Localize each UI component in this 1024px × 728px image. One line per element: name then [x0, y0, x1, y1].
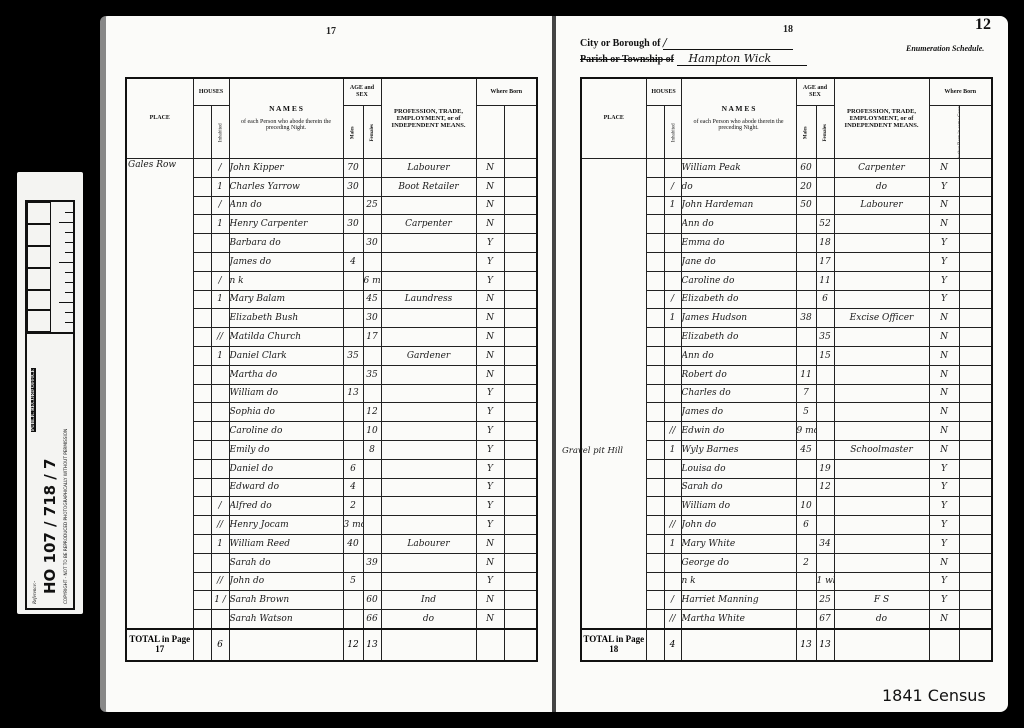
- uninhabited-cell: [193, 610, 211, 629]
- uninhabited-cell: [193, 459, 211, 478]
- name-cell: John Kipper: [229, 159, 343, 178]
- place-cell: [126, 591, 193, 610]
- inhabited-cell: /: [664, 591, 681, 610]
- place-cell: [126, 328, 193, 347]
- inhabited-cell: //: [664, 610, 681, 629]
- inhabited-cell: /: [211, 497, 229, 516]
- females-age-cell: 30: [363, 234, 381, 253]
- females-age-cell: 12: [816, 478, 834, 497]
- profession-cell: Labourer: [834, 196, 929, 215]
- born-abroad-cell: [504, 478, 537, 497]
- females-age-cell: 17: [363, 328, 381, 347]
- census-row: 1James Hudson38Excise OfficerN: [581, 309, 992, 328]
- place-cell: [126, 309, 193, 328]
- born-abroad-cell: [959, 309, 992, 328]
- place-cell: [126, 497, 193, 516]
- females-age-cell: 35: [363, 365, 381, 384]
- place-cell: [126, 422, 193, 441]
- name-cell: Martha do: [229, 365, 343, 384]
- males-age-cell: [343, 591, 363, 610]
- females-age-cell: 8: [363, 440, 381, 459]
- col-age-sex: AGE and SEX: [796, 78, 834, 106]
- born-county-cell: N: [929, 159, 959, 178]
- name-cell: Caroline do: [229, 422, 343, 441]
- census-row: n k1 wkY: [581, 572, 992, 591]
- total-inhabited: 6: [211, 629, 229, 661]
- uninhabited-cell: [646, 159, 664, 178]
- born-county-cell: N: [476, 215, 504, 234]
- born-abroad-cell: [504, 309, 537, 328]
- born-abroad-cell: [504, 271, 537, 290]
- profession-cell: [381, 328, 476, 347]
- name-cell: Elizabeth do: [681, 328, 796, 347]
- uninhabited-cell: [193, 478, 211, 497]
- census-row: Jane do17Y: [581, 252, 992, 271]
- uninhabited-cell: [193, 346, 211, 365]
- census-row: 1Mary White34Y: [581, 534, 992, 553]
- total-label: TOTAL in Page 18: [581, 629, 646, 661]
- females-age-cell: 19: [816, 459, 834, 478]
- place-cell: [581, 403, 646, 422]
- females-age-cell: 11: [816, 271, 834, 290]
- born-abroad-cell: [959, 403, 992, 422]
- col-profession: PROFESSION, TRADE, EMPLOYMENT, or of IND…: [381, 78, 476, 159]
- total-males: 12: [343, 629, 363, 661]
- census-row: Caroline do11Y: [581, 271, 992, 290]
- males-age-cell: 3 mo: [343, 516, 363, 535]
- born-county-cell: N: [476, 290, 504, 309]
- census-row: Robert do11N: [581, 365, 992, 384]
- census-row: //Henry Jocam3 moY: [126, 516, 537, 535]
- col-houses: HOUSES: [193, 78, 229, 106]
- females-age-cell: 1 wk: [816, 572, 834, 591]
- name-cell: William do: [229, 384, 343, 403]
- name-cell: William Peak: [681, 159, 796, 178]
- uninhabited-cell: [193, 365, 211, 384]
- born-county-cell: N: [929, 384, 959, 403]
- inhabited-cell: /: [211, 159, 229, 178]
- census-row: Elizabeth do35N: [581, 328, 992, 347]
- census-row: Sarah do12Y: [581, 478, 992, 497]
- inhabited-cell: [211, 365, 229, 384]
- males-age-cell: [343, 365, 363, 384]
- females-age-cell: [363, 252, 381, 271]
- females-age-cell: 67: [816, 610, 834, 629]
- females-age-cell: [363, 159, 381, 178]
- name-cell: n k: [229, 271, 343, 290]
- census-row: 1Mary Balam45LaundressN: [126, 290, 537, 309]
- names-title: N A M E S: [682, 105, 796, 113]
- males-age-cell: 10: [796, 497, 816, 516]
- born-abroad-cell: [959, 610, 992, 629]
- name-cell: Ann do: [229, 196, 343, 215]
- census-row: 1Daniel Clark35GardenerN: [126, 346, 537, 365]
- census-row: /Elizabeth do6Y: [581, 290, 992, 309]
- profession-cell: F S: [834, 591, 929, 610]
- profession-cell: [834, 553, 929, 572]
- females-age-cell: [816, 516, 834, 535]
- males-age-cell: 50: [796, 196, 816, 215]
- col-inhabited: Inhabited: [211, 106, 229, 159]
- place-cell: [126, 459, 193, 478]
- profession-cell: Ind: [381, 591, 476, 610]
- place-cell: [126, 553, 193, 572]
- uninhabited-cell: [193, 553, 211, 572]
- females-age-cell: [816, 365, 834, 384]
- inhabited-cell: //: [664, 516, 681, 535]
- males-age-cell: [796, 534, 816, 553]
- col-place: PLACE: [581, 78, 646, 159]
- col-houses: HOUSES: [646, 78, 681, 106]
- born-abroad-cell: [504, 440, 537, 459]
- males-age-cell: 30: [343, 177, 363, 196]
- profession-cell: [381, 271, 476, 290]
- males-age-cell: 35: [343, 346, 363, 365]
- name-cell: Sarah Brown: [229, 591, 343, 610]
- born-county-cell: N: [929, 422, 959, 441]
- office-name: PUBLIC RECORD OFFICE: [31, 368, 36, 432]
- col-males: Males: [343, 106, 363, 159]
- males-age-cell: 30: [343, 215, 363, 234]
- uninhabited-cell: [193, 271, 211, 290]
- inhabited-cell: [211, 403, 229, 422]
- born-county-cell: Y: [476, 459, 504, 478]
- inhabited-cell: [211, 440, 229, 459]
- name-cell: n k: [681, 572, 796, 591]
- females-age-cell: [363, 572, 381, 591]
- males-age-cell: [796, 215, 816, 234]
- inhabited-cell: [664, 328, 681, 347]
- born-abroad-cell: [504, 610, 537, 629]
- females-age-cell: [363, 346, 381, 365]
- name-cell: Edward do: [229, 478, 343, 497]
- census-row: William do10Y: [581, 497, 992, 516]
- born-county-cell: Y: [476, 572, 504, 591]
- place-cell: [581, 365, 646, 384]
- males-age-cell: 38: [796, 309, 816, 328]
- book-spine: [552, 16, 556, 712]
- uninhabited-cell: [193, 252, 211, 271]
- born-abroad-cell: [959, 346, 992, 365]
- born-county-cell: Y: [929, 572, 959, 591]
- profession-cell: [834, 384, 929, 403]
- uninhabited-cell: [193, 440, 211, 459]
- males-age-cell: [343, 234, 363, 253]
- profession-cell: do: [834, 610, 929, 629]
- born-abroad-cell: [504, 459, 537, 478]
- born-county-cell: Y: [476, 403, 504, 422]
- names-title: N A M E S: [230, 105, 343, 113]
- uninhabited-cell: [646, 478, 664, 497]
- born-county-cell: Y: [476, 478, 504, 497]
- col-where-born: Where Born: [929, 78, 992, 106]
- uninhabited-cell: [193, 234, 211, 253]
- place-cell: [126, 440, 193, 459]
- name-cell: Barbara do: [229, 234, 343, 253]
- males-age-cell: [343, 290, 363, 309]
- profession-cell: Carpenter: [834, 159, 929, 178]
- place-cell: [126, 252, 193, 271]
- uninhabited-cell: [193, 497, 211, 516]
- born-county-cell: Y: [929, 290, 959, 309]
- name-cell: Caroline do: [681, 271, 796, 290]
- females-age-cell: [816, 553, 834, 572]
- males-age-cell: 4: [343, 252, 363, 271]
- uninhabited-cell: [646, 234, 664, 253]
- uninhabited-cell: [646, 459, 664, 478]
- males-age-cell: 5: [343, 572, 363, 591]
- born-abroad-cell: [959, 271, 992, 290]
- census-row: /Harriet Manning25F SY: [581, 591, 992, 610]
- born-county-cell: Y: [476, 234, 504, 253]
- males-age-cell: [796, 459, 816, 478]
- name-cell: Henry Carpenter: [229, 215, 343, 234]
- born-abroad-cell: [504, 591, 537, 610]
- place-cell: [581, 346, 646, 365]
- males-age-cell: [343, 422, 363, 441]
- place-cell: [581, 328, 646, 347]
- census-row: Martha do35N: [126, 365, 537, 384]
- place-cell: [581, 497, 646, 516]
- born-county-cell: Y: [476, 422, 504, 441]
- inhabited-cell: 1: [211, 215, 229, 234]
- inhabited-cell: [211, 610, 229, 629]
- males-age-cell: [343, 403, 363, 422]
- place-cell: [126, 196, 193, 215]
- name-cell: Sarah do: [681, 478, 796, 497]
- inhabited-cell: 1: [664, 309, 681, 328]
- copyright-notice: COPYRIGHT - NOT TO BE REPRODUCED PHOTOGR…: [63, 429, 68, 604]
- left-census-table: PLACE HOUSES N A M E S of each Person wh…: [125, 77, 538, 662]
- col-females: Females: [363, 106, 381, 159]
- inhabited-cell: [211, 459, 229, 478]
- males-age-cell: [796, 591, 816, 610]
- col-born-abroad: Whether Born in Scotland, Ireland, or Fo…: [504, 106, 537, 159]
- place-cell: [581, 384, 646, 403]
- females-age-cell: [816, 497, 834, 516]
- reference-code: HO 107 / 718 / 7: [41, 459, 59, 594]
- inhabited-cell: //: [211, 572, 229, 591]
- males-age-cell: [343, 271, 363, 290]
- males-age-cell: [796, 478, 816, 497]
- uninhabited-cell: [193, 196, 211, 215]
- place-cell: [581, 553, 646, 572]
- uninhabited-cell: [646, 196, 664, 215]
- profession-cell: [381, 459, 476, 478]
- uninhabited-cell: [646, 365, 664, 384]
- born-county-cell: Y: [929, 271, 959, 290]
- inhabited-cell: [211, 234, 229, 253]
- uninhabited-cell: [646, 346, 664, 365]
- profession-cell: [381, 516, 476, 535]
- census-row: 1William Reed40LabourerN: [126, 534, 537, 553]
- born-county-cell: Y: [929, 591, 959, 610]
- inhabited-cell: [211, 309, 229, 328]
- name-cell: John do: [681, 516, 796, 535]
- born-abroad-cell: [504, 252, 537, 271]
- born-county-cell: N: [929, 610, 959, 629]
- profession-cell: [834, 215, 929, 234]
- name-cell: John Hardeman: [681, 196, 796, 215]
- males-age-cell: [796, 271, 816, 290]
- place-cell: [581, 572, 646, 591]
- census-row: 1Wyly Barnes45SchoolmasterN: [581, 440, 992, 459]
- name-cell: Sarah do: [229, 553, 343, 572]
- females-age-cell: [363, 177, 381, 196]
- males-age-cell: [796, 234, 816, 253]
- males-age-cell: 11: [796, 365, 816, 384]
- uninhabited-cell: [193, 328, 211, 347]
- born-abroad-cell: [959, 591, 992, 610]
- census-row: Caroline do10Y: [126, 422, 537, 441]
- profession-cell: [381, 252, 476, 271]
- place-cell: [126, 572, 193, 591]
- inhabited-cell: [664, 459, 681, 478]
- born-county-cell: N: [476, 591, 504, 610]
- place-cell: [581, 215, 646, 234]
- profession-cell: do: [834, 177, 929, 196]
- census-row: Edward do4Y: [126, 478, 537, 497]
- uninhabited-cell: [193, 591, 211, 610]
- profession-cell: [834, 497, 929, 516]
- females-age-cell: 17: [816, 252, 834, 271]
- parish-label: Parish or Township of: [580, 54, 674, 65]
- census-row: William do13Y: [126, 384, 537, 403]
- col-females: Females: [816, 106, 834, 159]
- inhabited-cell: 1 /: [211, 591, 229, 610]
- name-cell: Sophia do: [229, 403, 343, 422]
- name-cell: Martha White: [681, 610, 796, 629]
- born-abroad-cell: [959, 572, 992, 591]
- males-age-cell: 2: [343, 497, 363, 516]
- born-abroad-cell: [504, 215, 537, 234]
- profession-cell: [834, 403, 929, 422]
- profession-cell: Laundress: [381, 290, 476, 309]
- females-age-cell: [363, 534, 381, 553]
- census-row: //Edwin do9 moN: [581, 422, 992, 441]
- uninhabited-cell: [646, 516, 664, 535]
- place-cell: [581, 234, 646, 253]
- inhabited-cell: /: [664, 177, 681, 196]
- name-cell: Sarah Watson: [229, 610, 343, 629]
- females-age-cell: 6: [816, 290, 834, 309]
- census-row: /Ann do25N: [126, 196, 537, 215]
- born-county-cell: Y: [929, 478, 959, 497]
- census-row: 1Henry Carpenter30CarpenterN: [126, 215, 537, 234]
- born-abroad-cell: [504, 516, 537, 535]
- females-age-cell: [363, 497, 381, 516]
- born-county-cell: Y: [929, 459, 959, 478]
- born-county-cell: N: [476, 309, 504, 328]
- born-abroad-cell: [959, 516, 992, 535]
- born-county-cell: Y: [929, 234, 959, 253]
- uninhabited-cell: [646, 572, 664, 591]
- profession-cell: [381, 384, 476, 403]
- born-county-cell: Y: [476, 440, 504, 459]
- inhabited-cell: [664, 384, 681, 403]
- profession-cell: [381, 196, 476, 215]
- profession-cell: [381, 572, 476, 591]
- born-county-cell: Y: [476, 516, 504, 535]
- place-cell: [581, 196, 646, 215]
- profession-cell: [834, 534, 929, 553]
- name-cell: Emily do: [229, 440, 343, 459]
- born-abroad-cell: [959, 159, 992, 178]
- inhabited-cell: [664, 572, 681, 591]
- females-age-cell: 39: [363, 553, 381, 572]
- census-row: //John do5Y: [126, 572, 537, 591]
- place-cell: [581, 459, 646, 478]
- inhabited-cell: [664, 252, 681, 271]
- born-abroad-cell: [959, 534, 992, 553]
- place-entry: Gravel pit Hill: [562, 446, 623, 456]
- profession-cell: Labourer: [381, 159, 476, 178]
- names-subtitle: of each Person who abode therein the pre…: [682, 119, 796, 132]
- col-uninhabited: Uninhabited or Building: [646, 106, 664, 159]
- born-abroad-cell: [959, 384, 992, 403]
- place-cell: [581, 252, 646, 271]
- males-age-cell: [343, 610, 363, 629]
- born-abroad-cell: [959, 234, 992, 253]
- name-cell: Robert do: [681, 365, 796, 384]
- name-cell: James Hudson: [681, 309, 796, 328]
- born-abroad-cell: [504, 497, 537, 516]
- uninhabited-cell: [646, 309, 664, 328]
- born-county-cell: Y: [476, 271, 504, 290]
- born-county-cell: Y: [929, 497, 959, 516]
- males-age-cell: 60: [796, 159, 816, 178]
- inhabited-cell: [664, 159, 681, 178]
- census-row: //Martha White67doN: [581, 610, 992, 629]
- name-cell: do: [681, 177, 796, 196]
- females-age-cell: 6 mo: [363, 271, 381, 290]
- born-county-cell: N: [929, 553, 959, 572]
- uninhabited-cell: [193, 572, 211, 591]
- females-age-cell: 45: [363, 290, 381, 309]
- profession-cell: [834, 252, 929, 271]
- col-uninhabited: Uninhabited or Building: [193, 106, 211, 159]
- col-names: N A M E S of each Person who abode there…: [681, 78, 796, 159]
- col-born-same-county: Whether Born in same County: [476, 106, 504, 159]
- born-county-cell: Y: [476, 497, 504, 516]
- females-age-cell: 15: [816, 346, 834, 365]
- born-abroad-cell: [504, 290, 537, 309]
- place-cell: [581, 516, 646, 535]
- place-cell: [126, 365, 193, 384]
- born-abroad-cell: [504, 403, 537, 422]
- females-age-cell: 52: [816, 215, 834, 234]
- census-row: //Matilda Church17N: [126, 328, 537, 347]
- females-age-cell: [363, 478, 381, 497]
- uninhabited-cell: [646, 553, 664, 572]
- place-entry: Gales Row: [128, 160, 176, 170]
- uninhabited-cell: [646, 384, 664, 403]
- inhabited-cell: 1: [664, 534, 681, 553]
- profession-cell: [834, 422, 929, 441]
- uninhabited-cell: [193, 177, 211, 196]
- born-county-cell: N: [476, 365, 504, 384]
- col-age-sex: AGE and SEX: [343, 78, 381, 106]
- inhabited-cell: [211, 422, 229, 441]
- col-names: N A M E S of each Person who abode there…: [229, 78, 343, 159]
- profession-cell: [381, 497, 476, 516]
- uninhabited-cell: [193, 403, 211, 422]
- born-abroad-cell: [504, 534, 537, 553]
- born-abroad-cell: [504, 572, 537, 591]
- place-cell: [581, 271, 646, 290]
- inhabited-cell: 1: [211, 290, 229, 309]
- place-cell: [126, 271, 193, 290]
